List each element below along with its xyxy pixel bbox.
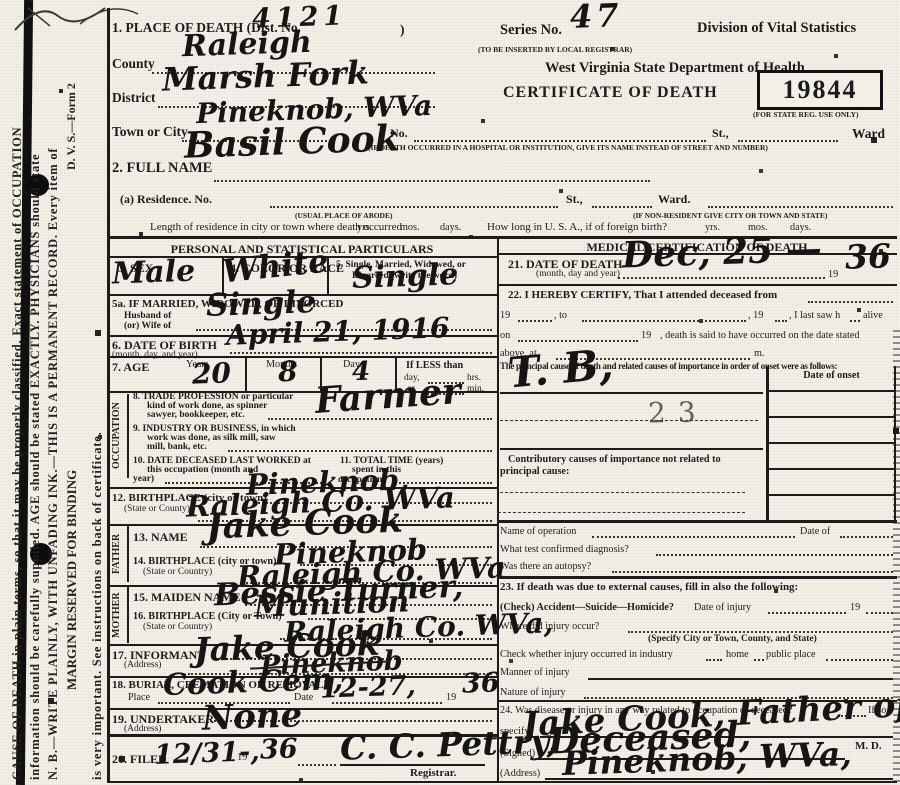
field-label-age: 7. AGE [112, 360, 149, 375]
field-label-husband-1: Husband of [124, 311, 171, 321]
field-value-cause: T. B, [506, 343, 614, 394]
field-label-district: District [112, 90, 155, 106]
dotted-line [228, 450, 492, 452]
field-label-series: Series No. [500, 22, 562, 39]
certify-lastsaw: , I last saw h [789, 310, 840, 321]
field-label-dod-sub: (month, day and year) [536, 269, 620, 279]
uslength-label: How long in U. S. A., if of foreign birt… [487, 221, 667, 233]
dotted-line [230, 352, 492, 354]
dotted-line [706, 659, 722, 661]
dotted-line [768, 612, 846, 614]
abode-note: (USUAL PLACE OF ABODE) [295, 211, 392, 220]
occupation-side-label: OCCUPATION [111, 396, 122, 476]
rule [107, 781, 897, 783]
field-value-dob: April 21, 1916 [226, 314, 450, 350]
rule [768, 494, 895, 496]
md-label: M. D. [855, 740, 882, 752]
public-place-label: public place [766, 649, 816, 660]
field-value-trade: Farmer [314, 373, 462, 419]
margin-form-number: D. V. S.—Form 2 [64, 30, 79, 170]
contrib-label-1: Contributory causes of importance not re… [508, 454, 721, 465]
father-side-label: FATHER [111, 527, 122, 581]
field-label-lastworked-2: this occupation (month and [147, 465, 258, 475]
margin-binding-note: MARGIN RESERVED FOR BINDING [64, 390, 80, 690]
specify-city-note: (Specify City or Town, County, and State… [648, 634, 817, 644]
field-label-father-bp-sub: (State or Country) [143, 567, 212, 577]
margin-note-nb: N. B.—WRITE PLAINLY, WITH UNFADING INK.—… [46, 30, 61, 780]
code-stamp: 23 [648, 395, 708, 429]
dotted-line [738, 140, 838, 142]
death-certificate-scan: CAUSE OF DEATH in plain terms, so that i… [0, 0, 900, 785]
dotted-line [298, 764, 336, 766]
field-label-paren: ) [400, 22, 405, 38]
dotted-line [850, 320, 860, 322]
less-hrs-label: hrs. [467, 373, 481, 383]
bracket-line [127, 526, 129, 582]
dotted-line [754, 659, 764, 661]
operation-date-label: Date of [800, 526, 830, 537]
operation-label: Name of operation [500, 526, 576, 537]
field-value-address: Pineknob, WVa, [562, 737, 853, 780]
bracket-line [127, 394, 129, 478]
field-value-race: White [221, 245, 330, 288]
field-value-district: Marsh Fork [162, 56, 370, 95]
manner-injury-label: Manner of injury [500, 667, 570, 678]
dotted-line [214, 180, 650, 182]
field-value-series-no: 47 [569, 0, 623, 33]
rule [107, 356, 497, 358]
hospital-note: (IF DEATH OCCURRED IN A HOSPITAL OR INST… [368, 143, 768, 152]
field-label-lastworked-3: year) [133, 474, 154, 484]
field-label-residence: (a) Residence. No. [120, 192, 212, 207]
dotted-line [708, 206, 893, 208]
field-value-sex: Male [112, 257, 196, 290]
certificate-title: CERTIFICATE OF DEATH [503, 84, 718, 102]
series-note: (TO BE INSERTED BY LOCAL REGISTRAR) [478, 45, 632, 54]
mos-label: mos. [400, 222, 420, 233]
rule [768, 416, 895, 418]
dotted-line [866, 612, 893, 614]
signed-label: (Signed) [500, 748, 535, 759]
field-value-dod-year: 36 [844, 239, 891, 274]
home-label: home [726, 649, 749, 660]
field-label-county: County [112, 56, 155, 72]
contrib-label-2: principal cause: [500, 466, 569, 477]
rule [768, 468, 895, 470]
field-label-industry-3: mill, bank, etc. [147, 442, 207, 452]
division-title: Division of Vital Statistics [697, 20, 856, 37]
dotted-line [612, 571, 893, 573]
field-value-age-months: 8 [278, 358, 298, 387]
check-accident-label: (Check) Accident—Suicide—Homicide? [500, 602, 674, 613]
dotted-line [332, 702, 442, 704]
field-label-father-name: 13. NAME [133, 530, 188, 545]
rule [768, 390, 895, 392]
industry-check-label: Check whether injury occurred in industr… [500, 649, 673, 660]
nonresident-note: (IF NON-RESIDENT GIVE CITY OR TOWN AND S… [633, 211, 827, 220]
dotted-line [268, 418, 492, 420]
dotted-line [582, 320, 746, 322]
certify-19b: , 19 [748, 310, 763, 321]
cert-note: (FOR STATE REG. USE ONLY) [753, 110, 859, 119]
margin-note-cause: CAUSE OF DEATH in plain terms, so that i… [10, 30, 25, 780]
dod-19-label: 19 [828, 269, 838, 280]
field-label-town: Town or City [112, 124, 188, 140]
field-value-burial-date: 12-27, [320, 672, 417, 702]
field-value-age-years: 20 [192, 359, 232, 388]
certify-to: , to [554, 310, 567, 321]
certify-m: m. [754, 348, 764, 359]
autopsy-label: Was there an autopsy? [500, 561, 591, 572]
rule [107, 708, 497, 710]
dotted-line [592, 536, 795, 538]
dotted-line [826, 659, 893, 661]
dotted-line [518, 320, 552, 322]
field-label-informant-sub: (Address) [124, 660, 161, 670]
rule [588, 678, 893, 680]
field-label-dob-sub: (month, day, and year) [112, 350, 198, 360]
field-value-burial-year: 36 [462, 669, 500, 697]
certify-on: on [500, 330, 510, 341]
dotted-line [628, 631, 893, 633]
injury-19-label: 19 [850, 602, 860, 613]
certify-death-stated: , death is said to have occurred on the … [660, 330, 859, 341]
nature-injury-label: Nature of injury [500, 687, 566, 698]
dotted-line [414, 140, 706, 142]
external-causes-label: 23. If death was due to external causes,… [500, 581, 798, 593]
rule [500, 492, 745, 493]
field-value-full-name: Basil Cook [183, 120, 400, 164]
field-value-marital: Single [352, 260, 459, 294]
rule [545, 778, 893, 780]
certify-line-1: 22. I HEREBY CERTIFY, That I attended de… [508, 289, 777, 301]
rule [498, 512, 745, 513]
injury-date-label: Date of injury [694, 602, 751, 613]
field-value-filed-year: 36 [260, 735, 298, 763]
field-label-residence-st: St., [566, 192, 583, 207]
rule [768, 442, 895, 444]
scan-noise [0, 0, 2, 2]
date-of-onset-label: Date of onset [769, 370, 894, 381]
field-value-dod: Dec, 25 — [621, 231, 822, 274]
registrar-label: Registrar. [410, 767, 456, 779]
margin-note-important: is very important. See instructions on b… [90, 120, 105, 780]
filed-19-label: , 19 [232, 752, 247, 763]
rule [497, 576, 897, 579]
margin-note-info: information should be carefully supplied… [28, 30, 43, 780]
certify-19c: 19 [641, 330, 651, 341]
field-label-husband-2: (or) Wife of [124, 321, 171, 331]
rule [500, 392, 763, 394]
field-label-residence-ward: Ward. [658, 192, 690, 207]
mother-side-label: MOTHER [111, 588, 122, 642]
rule [497, 520, 897, 523]
dotted-line [775, 320, 787, 322]
field-value-burial-place: Cook Cem, [163, 665, 344, 701]
dotted-line [592, 206, 652, 208]
field-label-birthplace-sub: (State or County) [124, 504, 190, 514]
dotted-line [270, 206, 558, 208]
days-label: days. [440, 222, 461, 233]
dotted-line [618, 277, 825, 279]
field-label-undertaker-sub: (Address) [124, 724, 161, 734]
dotted-line [840, 536, 893, 538]
rule [340, 764, 485, 766]
rule [497, 284, 897, 286]
field-label-st: St., [712, 126, 729, 141]
field-label-trade-3: sawyer, bookkeeper, etc. [147, 410, 245, 420]
rule [500, 420, 758, 421]
field-label-ward: Ward [852, 126, 885, 142]
test-label: What test confirmed diagnosis? [500, 544, 629, 555]
rule [500, 448, 763, 450]
cell-divider [245, 356, 247, 391]
certify-19a: 19 [500, 310, 510, 321]
certify-alive: alive [863, 310, 883, 321]
form-left-border [107, 8, 110, 782]
bracket-line [127, 587, 129, 643]
certificate-number: 19844 [757, 70, 883, 110]
dotted-line [808, 301, 893, 303]
burial-place-label: Place [128, 692, 150, 703]
address-label: (Address) [500, 768, 540, 779]
yrs-label: yrs. [357, 222, 372, 233]
dotted-line [656, 554, 893, 556]
burial-19-label: 19 [446, 692, 456, 703]
where-injury-label: Where did injury occur? [500, 621, 599, 632]
field-value-undertaker: None [201, 698, 302, 735]
